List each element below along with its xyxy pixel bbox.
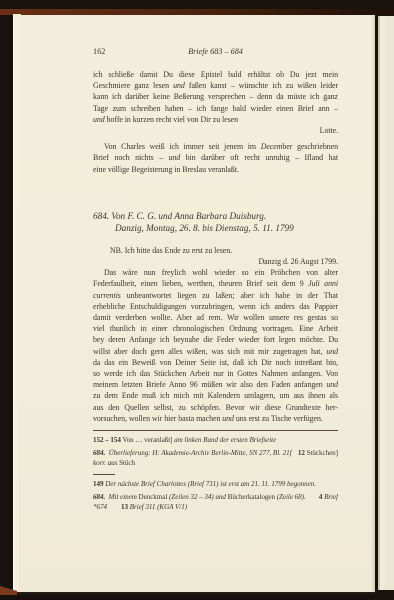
text-segment: Danzig, Montag, 26. 8. bis Dienstag, 5. …	[115, 223, 294, 233]
text-segment: Das wäre nun freylich wohl wieder so ein…	[104, 268, 338, 277]
text-segment: damit verderben wollte. Aber ad rem. Wir…	[93, 313, 338, 322]
text-segment: vorsuchen, wollen wir hier basta machen	[93, 414, 222, 423]
text-segment: Tage zum schreiben haben – ich fange bal…	[93, 104, 338, 113]
page-content: 162 Briefe 683 – 684 ich schließe damit …	[18, 15, 375, 512]
text-segment: 684.	[93, 448, 105, 458]
text-line: Federfaulheit, einen lieben, werthen, th…	[93, 278, 338, 289]
text-line: meinem letzten Briefe Anno 96 müßen wir …	[93, 379, 338, 390]
text-segment: Brief	[324, 492, 338, 502]
letter-684-text: NB. Ich bitte das Ende zu erst zu lesen.…	[93, 245, 338, 424]
text-segment: uns erst zu Tische verfügen.	[234, 414, 323, 423]
text-segment: willst aber doch gern alles wißen, was s…	[93, 347, 326, 356]
text-segment: Brief 311 (KGA V/1)	[130, 503, 187, 511]
text-segment: und	[326, 380, 338, 389]
text-segment: und	[222, 414, 234, 423]
text-line: 684. Von F. C. G. und Anna Barbara Duisb…	[93, 210, 338, 223]
text-segment: *674	[93, 503, 107, 511]
running-title: Briefe 683 – 684	[93, 46, 338, 57]
text-segment: und	[326, 347, 338, 356]
text-segment: Brief noch nichts –	[93, 153, 168, 162]
letter-684-heading: 684. Von F. C. G. und Anna Barbara Duisb…	[93, 210, 338, 235]
page-header: 162 Briefe 683 – 684	[93, 46, 338, 57]
text-segment: faßen kanst – wünschte ich zu wißen leid…	[185, 81, 338, 90]
facing-page-edge	[378, 16, 394, 590]
text-segment: 152 – 154	[93, 436, 121, 444]
text-segment: Federfaulheit, einen lieben, werthen, th…	[93, 279, 308, 288]
text-segment: 684.	[93, 492, 105, 502]
text-segment: Mit einem	[109, 492, 137, 502]
text-line: NB. Ich bitte das Ende zu erst zu lesen.	[93, 245, 338, 256]
text-segment: und	[168, 153, 180, 162]
text-line: 152 – 154 Von … veranlaßt] am linken Ran…	[93, 435, 338, 445]
text-line: vorsuchen, wollen wir hier basta machen …	[93, 413, 338, 424]
text-line: so werde ich das Stückchen Arbeit nur in…	[93, 368, 338, 379]
text-segment: currentis	[93, 291, 121, 300]
text-segment: da das ein Beweiß von Deiner Seite ist, …	[93, 358, 338, 367]
text-segment: aus den Quellen selbst, zu schöpfen. Bev…	[93, 403, 338, 412]
text-segment: und	[93, 115, 105, 124]
text-segment: ich schließe damit Du diese Epistel bald…	[93, 70, 338, 79]
text-line: 684. Überlieferung: H: Akademie-Archiv B…	[93, 448, 338, 458]
text-segment: Lotte.	[320, 126, 338, 135]
text-segment: kann ich darüber keine Beßerung versprec…	[93, 92, 338, 101]
text-segment: Juli anni	[308, 279, 338, 288]
text-segment: Stüch	[117, 459, 135, 467]
text-segment: so werde ich das Stückchen Arbeit nur in…	[93, 369, 338, 378]
text-segment: korr. aus	[93, 459, 117, 467]
text-segment: Denckmal	[137, 492, 169, 502]
text-line: Danzig, Montag, 26. 8. bis Dienstag, 5. …	[93, 222, 338, 235]
text-segment: 684. Von F. C. G. und Anna Barbara Duisb…	[93, 211, 266, 221]
text-line: Tage zum schreiben haben – ich fange bal…	[93, 103, 338, 114]
text-line: 684. Mit einem Denckmal (Zeilen 32 – 34)…	[93, 492, 338, 502]
text-line: da das ein Beweiß von Deiner Seite ist, …	[93, 357, 338, 368]
text-segment: NB. Ich bitte das Ende zu erst zu lesen.	[110, 246, 232, 255]
text-segment: meinem letzten Briefe Anno 96 müßen wir …	[93, 380, 326, 389]
text-segment: Von … veranlaßt]	[121, 436, 174, 444]
text-line: ich schließe damit Du diese Epistel bald…	[93, 69, 338, 80]
text-line: 5currentis unbeantwortet liegen zu laßen…	[93, 290, 338, 301]
text-segment: Überlieferung: H: Akademie-Archiv Berlin…	[109, 448, 292, 458]
footnote-rule-short	[93, 474, 115, 475]
text-line: Lotte.	[93, 125, 338, 136]
text-line: damit verderben wollte. Aber ad rem. Wir…	[93, 312, 338, 323]
text-segment: und	[173, 81, 185, 90]
text-line: 149 Der nächste Brief Charlottes (Brief …	[93, 479, 338, 489]
text-segment: Decem	[261, 142, 283, 151]
text-segment: ber geschriebnen	[282, 142, 338, 151]
text-segment: viel thunlich in einer chronologischen O…	[93, 324, 338, 333]
text-segment: hoffe in kurzen recht viel von Dir zu le…	[105, 115, 238, 124]
text-segment: 13	[121, 503, 128, 511]
text-segment: zu dem Ende muß ich mich mit Kalendern u…	[93, 391, 338, 400]
text-segment: bin darüber oft recht unruhig – Ifland h…	[180, 153, 338, 162]
book-page: 162 Briefe 683 – 684 ich schließe damit …	[18, 15, 375, 592]
apparatus-variants: 152 – 154 Von … veranlaßt] am linken Ran…	[93, 435, 338, 468]
text-line: Geschmiere ganz lesen und faßen kanst – …	[93, 80, 338, 91]
text-segment: Stückchen]	[305, 448, 338, 458]
footnote-rule	[93, 430, 338, 431]
text-segment: bey deren Anfange ich beynahe die Feder …	[93, 335, 338, 344]
text-segment: 149	[93, 480, 104, 488]
text-line: erhebliche Entschuldigungen vorzubringen…	[93, 301, 338, 312]
text-line: Von Charles weiß ich immer seit jenem im…	[93, 141, 338, 152]
text-line: eine völlige Begeisterung in Breslau ver…	[93, 164, 338, 175]
text-segment: unbeantwortet liegen zu laßen; aber ich …	[121, 291, 338, 300]
apparatus-commentary: 149 Der nächste Brief Charlottes (Brief …	[93, 479, 338, 512]
book-scan: 162 Briefe 683 – 684 ich schließe damit …	[0, 0, 394, 600]
text-line: Brief noch nichts – und bin darüber oft …	[93, 152, 338, 163]
text-line: zu dem Ende muß ich mich mit Kalendern u…	[93, 390, 338, 401]
text-line: 15aus den Quellen selbst, zu schöpfen. B…	[93, 402, 338, 413]
text-segment: am linken Rand der ersten Briefseite	[174, 436, 276, 444]
text-segment: eine völlige Begeisterung in Breslau ver…	[93, 165, 239, 174]
text-segment: Der nächste Brief Charlottes (Brief 731)…	[105, 480, 316, 488]
text-segment: (Zeilen 32 – 34) und	[169, 492, 226, 502]
text-segment: Geschmiere ganz lesen	[93, 81, 173, 90]
text-line: kann ich darüber keine Beßerung versprec…	[93, 91, 338, 102]
letter-683-text: ich schließe damit Du diese Epistel bald…	[93, 69, 338, 175]
text-segment: erhebliche Entschuldigungen vorzubringen…	[93, 302, 338, 311]
text-segment: Bücherkatalogen	[226, 492, 277, 502]
text-line: Das wäre nun freylich wohl wieder so ein…	[93, 267, 338, 278]
text-line: korr. aus Stüch	[93, 458, 338, 468]
text-line: Danzig d. 26 Augst 1799.	[93, 256, 338, 267]
text-line: bey deren Anfange ich beynahe die Feder …	[93, 334, 338, 345]
text-line: viel thunlich in einer chronologischen O…	[93, 323, 338, 334]
text-line: 150und hoffe in kurzen recht viel von Di…	[93, 114, 338, 125]
text-segment: 12	[298, 448, 305, 458]
text-line: *67413 Brief 311 (KGA V/1)	[93, 502, 338, 512]
text-line: 10willst aber doch gern alles wißen, was…	[93, 346, 338, 357]
text-segment: Danzig d. 26 Augst 1799.	[259, 257, 338, 266]
text-segment: Von Charles weiß ich immer seit jenem im	[104, 142, 261, 151]
text-segment: (Zeile 68).	[277, 492, 306, 502]
